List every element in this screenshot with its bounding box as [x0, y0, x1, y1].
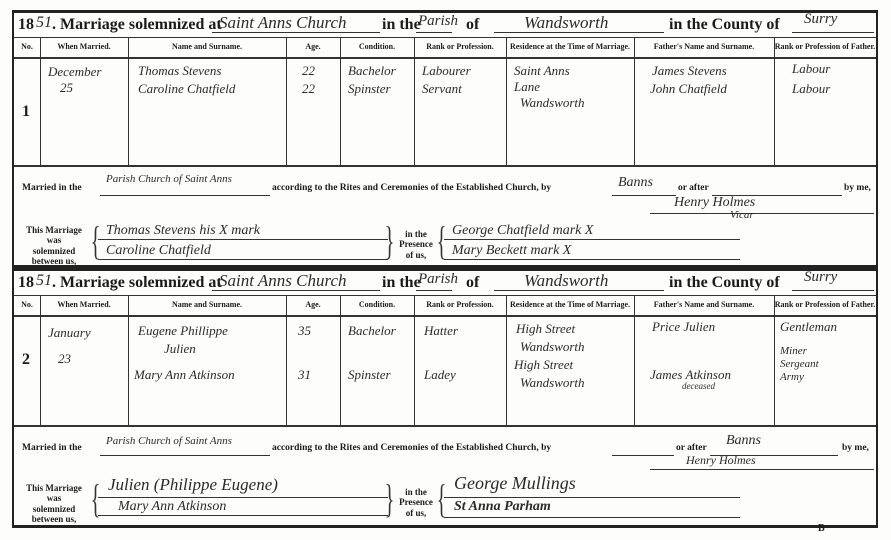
page-mark: B — [818, 523, 825, 534]
in-the-label: in the — [382, 274, 421, 292]
when-married-day: 23 — [58, 351, 71, 367]
marriage-record-2: 18 51 . Marriage solemnized at Saint Ann… — [12, 268, 878, 528]
register-page: 18 51 . Marriage solemnized at Saint Ann… — [0, 0, 891, 540]
year-prefix: 18 — [18, 274, 34, 292]
entry-number: 2 — [22, 351, 30, 369]
groom-condition: Bachelor — [348, 323, 396, 339]
or-after-label: or after — [676, 443, 707, 453]
county-label: in the County of — [669, 274, 780, 292]
presence-label: in the Presence of us, — [396, 229, 436, 260]
when-married-month: December — [48, 64, 101, 80]
of-label: of — [466, 274, 479, 292]
groom-father-rank: Gentleman — [780, 319, 837, 335]
groom-rank: Hatter — [424, 323, 458, 339]
married-in-label: Married in the — [22, 443, 82, 453]
groom-residence-1: High Street — [516, 321, 575, 337]
or-after-banns: Banns — [726, 433, 761, 449]
col-header-condition: Condition. — [340, 37, 414, 59]
by-me-label: by me, — [842, 443, 869, 453]
groom-rank: Labourer — [422, 63, 471, 79]
or-after-label: or after — [678, 183, 709, 193]
col-header-father: Father's Name and Surname. — [634, 37, 774, 59]
groom-residence-2: Wandsworth — [520, 339, 585, 355]
married-in-place: Parish Church of Saint Anns — [106, 173, 232, 185]
solemnized-label: . Marriage solemnized at — [52, 16, 222, 34]
residence-line-3: Wandsworth — [520, 95, 585, 111]
bride-father: John Chatfield — [650, 81, 727, 97]
bride-residence-2: Wandsworth — [520, 375, 585, 391]
district-name: Wandsworth — [524, 13, 608, 33]
col-header-when: When Married. — [40, 295, 128, 317]
bride-residence-1: High Street — [514, 357, 573, 373]
county-name: Surry — [804, 11, 837, 28]
col-header-condition: Condition. — [340, 295, 414, 317]
by-me-label: by me, — [844, 183, 871, 193]
record-table: No. When Married. Name and Surname. Age.… — [14, 37, 876, 165]
col-header-father-rank: Rank or Profession of Father. — [774, 37, 876, 59]
bride-father-rank-1: Miner — [780, 345, 807, 357]
married-in-place: Parish Church of Saint Anns — [106, 435, 232, 447]
col-header-father-rank: Rank or Profession of Father. — [774, 295, 876, 317]
bride-condition: Spinster — [348, 367, 391, 383]
in-the-label: in the — [382, 16, 421, 34]
col-header-name: Name and Surname. — [128, 295, 286, 317]
witness-1-signature: George Mullings — [454, 473, 576, 494]
witness-2-signature: St Anna Parham — [454, 499, 551, 515]
district-name: Wandsworth — [524, 271, 608, 291]
groom-father: James Stevens — [652, 63, 727, 79]
groom-age: 35 — [298, 323, 311, 339]
col-header-name: Name and Surname. — [128, 37, 286, 59]
county-name: Surry — [804, 269, 837, 286]
col-header-when: When Married. — [40, 37, 128, 59]
bride-age: 22 — [302, 81, 315, 97]
groom-surname: Julien — [164, 341, 196, 357]
party-2-signature: Caroline Chatfield — [106, 243, 211, 259]
party-2-signature: Mary Ann Atkinson — [118, 499, 226, 515]
col-header-residence: Residence at the Time of Marriage. — [506, 295, 634, 317]
officiant-title: Vicar — [730, 209, 754, 221]
bride-father-rank-2: Sergeant — [780, 358, 819, 370]
solemnized-label: . Marriage solemnized at — [52, 274, 222, 292]
witness-2-signature: Mary Beckett mark X — [452, 243, 571, 259]
year-prefix: 18 — [18, 16, 34, 34]
col-header-age: Age. — [286, 37, 340, 59]
district-type: Parish — [418, 13, 458, 30]
entry-number: 1 — [22, 103, 30, 121]
groom-forenames: Eugene Phillippe — [138, 323, 228, 339]
bride-father-rank: Labour — [792, 81, 830, 97]
marriage-record-1: 18 51 . Marriage solemnized at Saint Ann… — [12, 10, 878, 268]
when-married-month: January — [48, 325, 91, 341]
according-label: according to the Rites and Ceremonies of… — [272, 443, 551, 453]
district-type: Parish — [418, 271, 458, 288]
col-header-no: No. — [14, 37, 40, 59]
col-header-rank: Rank or Profession. — [414, 295, 506, 317]
groom-father: Price Julien — [652, 319, 715, 335]
this-marriage-label: This Marriage was solemnized between us, — [18, 225, 90, 266]
record-heading: 18 51 . Marriage solemnized at Saint Ann… — [14, 271, 876, 296]
church-name: Saint Anns Church — [219, 13, 347, 33]
bride-condition: Spinster — [348, 81, 391, 97]
residence-line-2: Lane — [514, 79, 540, 95]
col-header-rank: Rank or Profession. — [414, 37, 506, 59]
col-header-no: No. — [14, 295, 40, 317]
col-header-age: Age. — [286, 295, 340, 317]
presence-label: in the Presence of us, — [396, 487, 436, 518]
of-label: of — [466, 16, 479, 34]
year-suffix: 51 — [36, 14, 52, 32]
county-label: in the County of — [669, 16, 780, 34]
officiant-signature: Henry Holmes — [686, 453, 756, 468]
record-heading: 18 51 . Marriage solemnized at Saint Ann… — [14, 13, 876, 38]
witness-1-signature: George Chatfield mark X — [452, 223, 593, 239]
groom-name: Thomas Stevens — [138, 63, 221, 79]
bride-father-rank-3: Army — [780, 371, 804, 383]
bride-rank: Ladey — [424, 367, 456, 383]
bride-rank: Servant — [422, 81, 462, 97]
this-marriage-label: This Marriage was solemnized between us, — [18, 483, 90, 524]
married-in-label: Married in the — [22, 183, 82, 193]
groom-age: 22 — [302, 63, 315, 79]
bride-name: Caroline Chatfield — [138, 81, 235, 97]
col-header-father: Father's Name and Surname. — [634, 295, 774, 317]
party-1-signature: Thomas Stevens his X mark — [106, 223, 260, 239]
church-name: Saint Anns Church — [219, 271, 347, 291]
groom-condition: Bachelor — [348, 63, 396, 79]
by-banns: Banns — [618, 175, 653, 191]
party-1-signature: Julien (Philippe Eugene) — [108, 475, 278, 495]
record-table: No. When Married. Name and Surname. Age.… — [14, 295, 876, 425]
col-header-residence: Residence at the Time of Marriage. — [506, 37, 634, 59]
when-married-day: 25 — [60, 80, 73, 96]
year-suffix: 51 — [36, 272, 52, 290]
bride-father-note: deceased — [682, 381, 715, 391]
bride-age: 31 — [298, 367, 311, 383]
groom-father-rank: Labour — [792, 61, 830, 77]
bride-name: Mary Ann Atkinson — [134, 367, 235, 383]
residence-line-1: Saint Anns — [514, 63, 570, 79]
according-label: according to the Rites and Ceremonies of… — [272, 183, 551, 193]
